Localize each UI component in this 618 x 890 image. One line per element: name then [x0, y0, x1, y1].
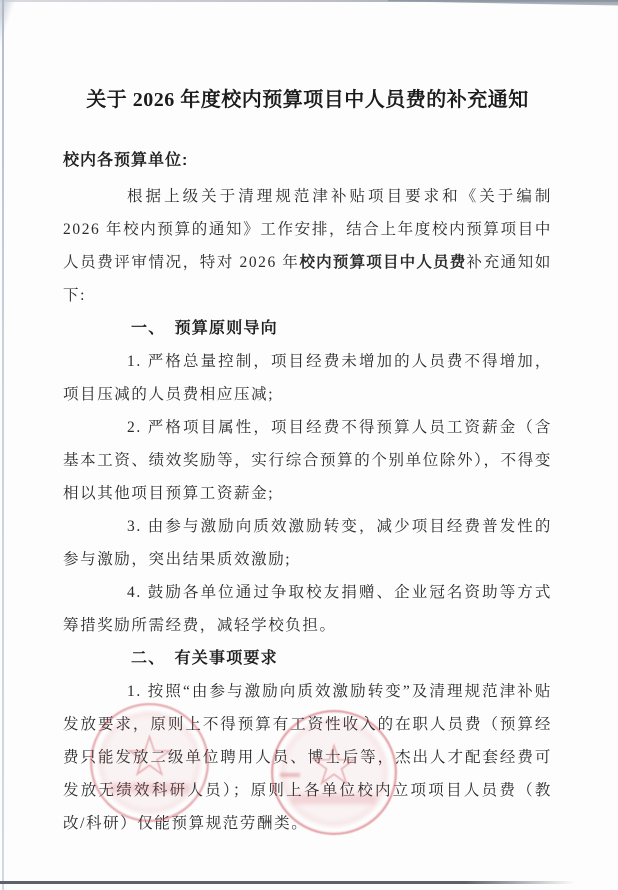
seal-dash [280, 773, 300, 777]
section-1-item-2: 2. 严格项目属性，项目经费不得预算人员工资薪金（含基本工资、绩效奖励等，实行综… [63, 411, 552, 510]
page-edge-left [2, 0, 4, 890]
section-1-heading: 一、 预算原则导向 [63, 312, 552, 345]
section-1-item-1: 1. 严格总量控制，项目经费未增加的人员费不得增加，项目压减的人员费相应压减; [63, 345, 552, 411]
salutation: 校内各预算单位: [63, 150, 552, 172]
page-edge-bottom-fade [465, 881, 575, 884]
scanned-document-page: 关于 2026 年度校内预算项目中人员费的补充通知 校内各预算单位: 根据上级关… [0, 0, 618, 890]
section-1-item-3: 3. 由参与激励向质效激励转变，减少项目经费普发性的参与激励，突出结果质效激励; [63, 510, 552, 576]
star-icon: ☆ [124, 722, 176, 790]
section-2-heading: 二、 有关事项要求 [63, 642, 552, 675]
seal-text-blur [109, 783, 190, 793]
seal-text-blur [291, 794, 376, 804]
page-edge-bottom [0, 881, 465, 884]
section-1-item-4: 4. 鼓励各单位通过争取校友捐赠、企业冠名资助等方式筹措奖励所需经费，减轻学校负… [63, 576, 552, 642]
intro-text-bold: 校内预算项目中人员费 [299, 254, 466, 271]
official-seal-right: ☆ [271, 710, 397, 835]
star-icon: ☆ [308, 731, 360, 799]
intro-paragraph: 根据上级关于清理规范津补贴项目要求和《关于编制 2026 年校内预算的通知》工作… [63, 180, 552, 312]
official-seal-left: ☆ [90, 703, 209, 822]
document-title: 关于 2026 年度校内预算项目中人员费的补充通知 [63, 86, 552, 114]
